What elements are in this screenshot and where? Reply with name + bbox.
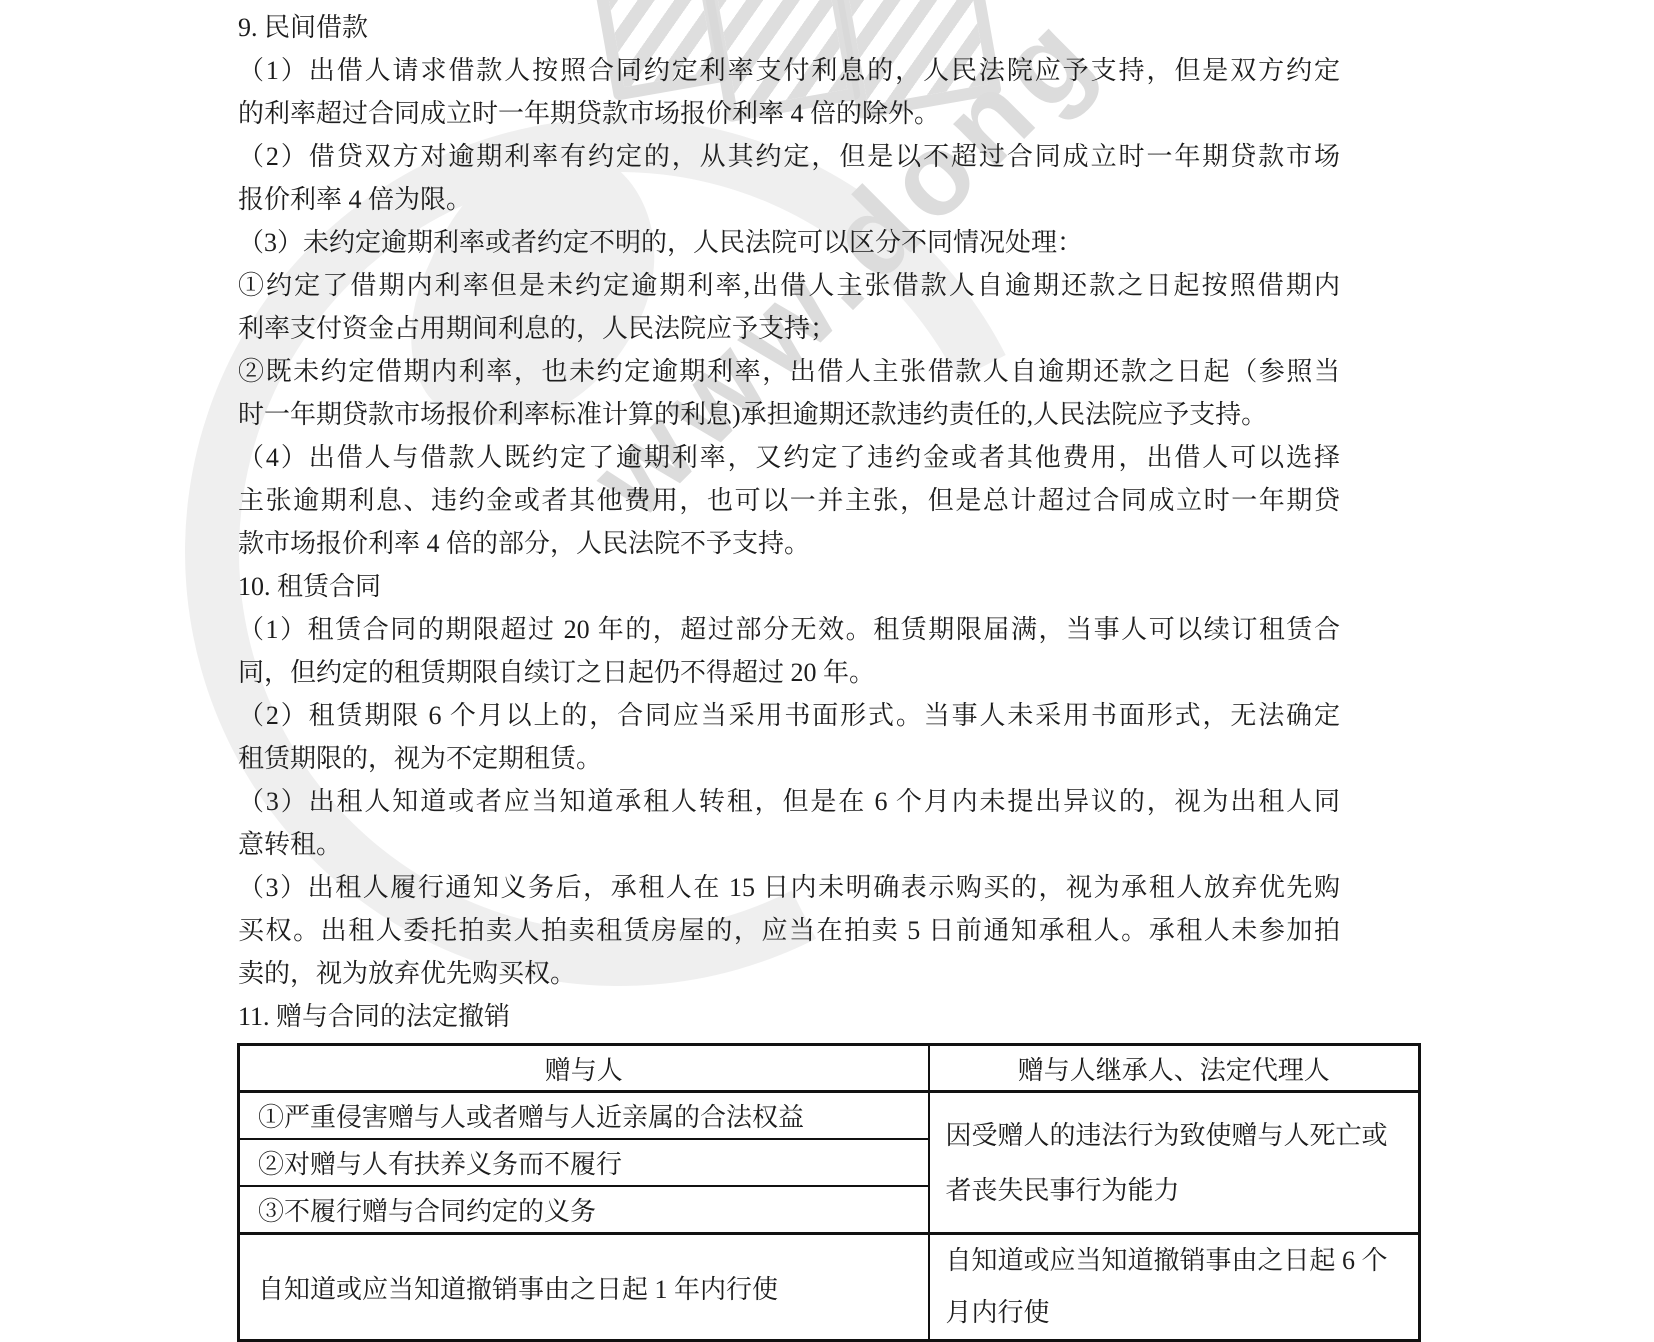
- body-line: 报价利率 4 倍为限。: [238, 178, 1340, 221]
- body-line: 款市场报价利率 4 倍的部分，人民法院不予支持。: [238, 522, 1340, 565]
- body-line: 租赁期限的，视为不定期租赁。: [238, 737, 1340, 780]
- body-line: 卖的，视为放弃优先购买权。: [238, 952, 1340, 995]
- donor-cause-1: ①严重侵害赠与人或者赠与人近亲属的合法权益: [239, 1092, 929, 1140]
- revocation-table: 赠与人 赠与人继承人、法定代理人 ①严重侵害赠与人或者赠与人近亲属的合法权益 因…: [237, 1043, 1421, 1342]
- revocation-table-wrap: 赠与人 赠与人继承人、法定代理人 ①严重侵害赠与人或者赠与人近亲属的合法权益 因…: [237, 1043, 1421, 1342]
- body-line: 主张逾期利息、违约金或者其他费用，也可以一并主张，但是总计超过合同成立时一年期贷: [238, 479, 1340, 522]
- body-line: （1）租赁合同的期限超过 20 年的，超过部分无效。租赁期限届满，当事人可以续订…: [238, 608, 1340, 651]
- section-heading: 11. 赠与合同的法定撤销: [238, 995, 1340, 1038]
- body-line: ②既未约定借期内利率，也未约定逾期利率，出借人主张借款人自逾期还款之日起（参照当: [238, 350, 1340, 393]
- heir-cause: 因受赠人的违法行为致使赠与人死亡或者丧失民事行为能力: [929, 1092, 1420, 1234]
- body-line: （2）租赁期限 6 个月以上的，合同应当采用书面形式。当事人未采用书面形式，无法…: [238, 694, 1340, 737]
- body-line: 利率支付资金占用期间利息的，人民法院应予支持；: [238, 307, 1340, 350]
- body-line: （3）未约定逾期利率或者约定不明的，人民法院可以区分不同情况处理：: [238, 221, 1340, 264]
- table-header-donor: 赠与人: [239, 1045, 929, 1092]
- table-header-heir: 赠与人继承人、法定代理人: [929, 1045, 1420, 1092]
- donor-cause-3: ③不履行赠与合同约定的义务: [239, 1186, 929, 1234]
- body-line: ①约定了借期内利率但是未约定逾期利率,出借人主张借款人自逾期还款之日起按照借期内: [238, 264, 1340, 307]
- body-line: 时一年期贷款市场报价利率标准计算的利息)承担逾期还款违约责任的,人民法院应予支持…: [238, 393, 1340, 436]
- section-heading: 10. 租赁合同: [238, 565, 1340, 608]
- body-line: （4）出借人与借款人既约定了逾期利率，又约定了违约金或者其他费用，出借人可以选择: [238, 436, 1340, 479]
- body-line: （2）借贷双方对逾期利率有约定的，从其约定，但是以不超过合同成立时一年期贷款市场: [238, 135, 1340, 178]
- body-line: 同，但约定的租赁期限自续订之日起仍不得超过 20 年。: [238, 651, 1340, 694]
- donor-cause-2: ②对赠与人有扶养义务而不履行: [239, 1139, 929, 1186]
- body-line: （3）出租人知道或者应当知道承租人转租，但是在 6 个月内未提出异议的，视为出租…: [238, 780, 1340, 823]
- table-header-row: 赠与人 赠与人继承人、法定代理人: [239, 1045, 1420, 1092]
- body-line: 买权。出租人委托拍卖人拍卖租赁房屋的，应当在拍卖 5 日前通知承租人。承租人未参…: [238, 909, 1340, 952]
- text-block: 9. 民间借款（1）出借人请求借款人按照合同约定利率支付利息的，人民法院应予支持…: [238, 6, 1340, 1038]
- heir-exercise-period: 自知道或应当知道撤销事由之日起 6 个月内行使: [929, 1234, 1420, 1341]
- body-line: 的利率超过合同成立时一年期贷款市场报价利率 4 倍的除外。: [238, 92, 1340, 135]
- section-heading: 9. 民间借款: [238, 6, 1340, 49]
- donor-exercise-period: 自知道或应当知道撤销事由之日起 1 年内行使: [239, 1234, 929, 1341]
- body-line: （1）出借人请求借款人按照合同约定利率支付利息的，人民法院应予支持，但是双方约定: [238, 49, 1340, 92]
- body-line: （3）出租人履行通知义务后，承租人在 15 日内未明确表示购买的，视为承租人放弃…: [238, 866, 1340, 909]
- table-row: ①严重侵害赠与人或者赠与人近亲属的合法权益 因受赠人的违法行为致使赠与人死亡或者…: [239, 1092, 1420, 1140]
- body-line: 意转租。: [238, 823, 1340, 866]
- document-page: { "page": { "background": "#ffffff", "te…: [0, 0, 1654, 1342]
- table-row: 自知道或应当知道撤销事由之日起 1 年内行使 自知道或应当知道撤销事由之日起 6…: [239, 1234, 1420, 1341]
